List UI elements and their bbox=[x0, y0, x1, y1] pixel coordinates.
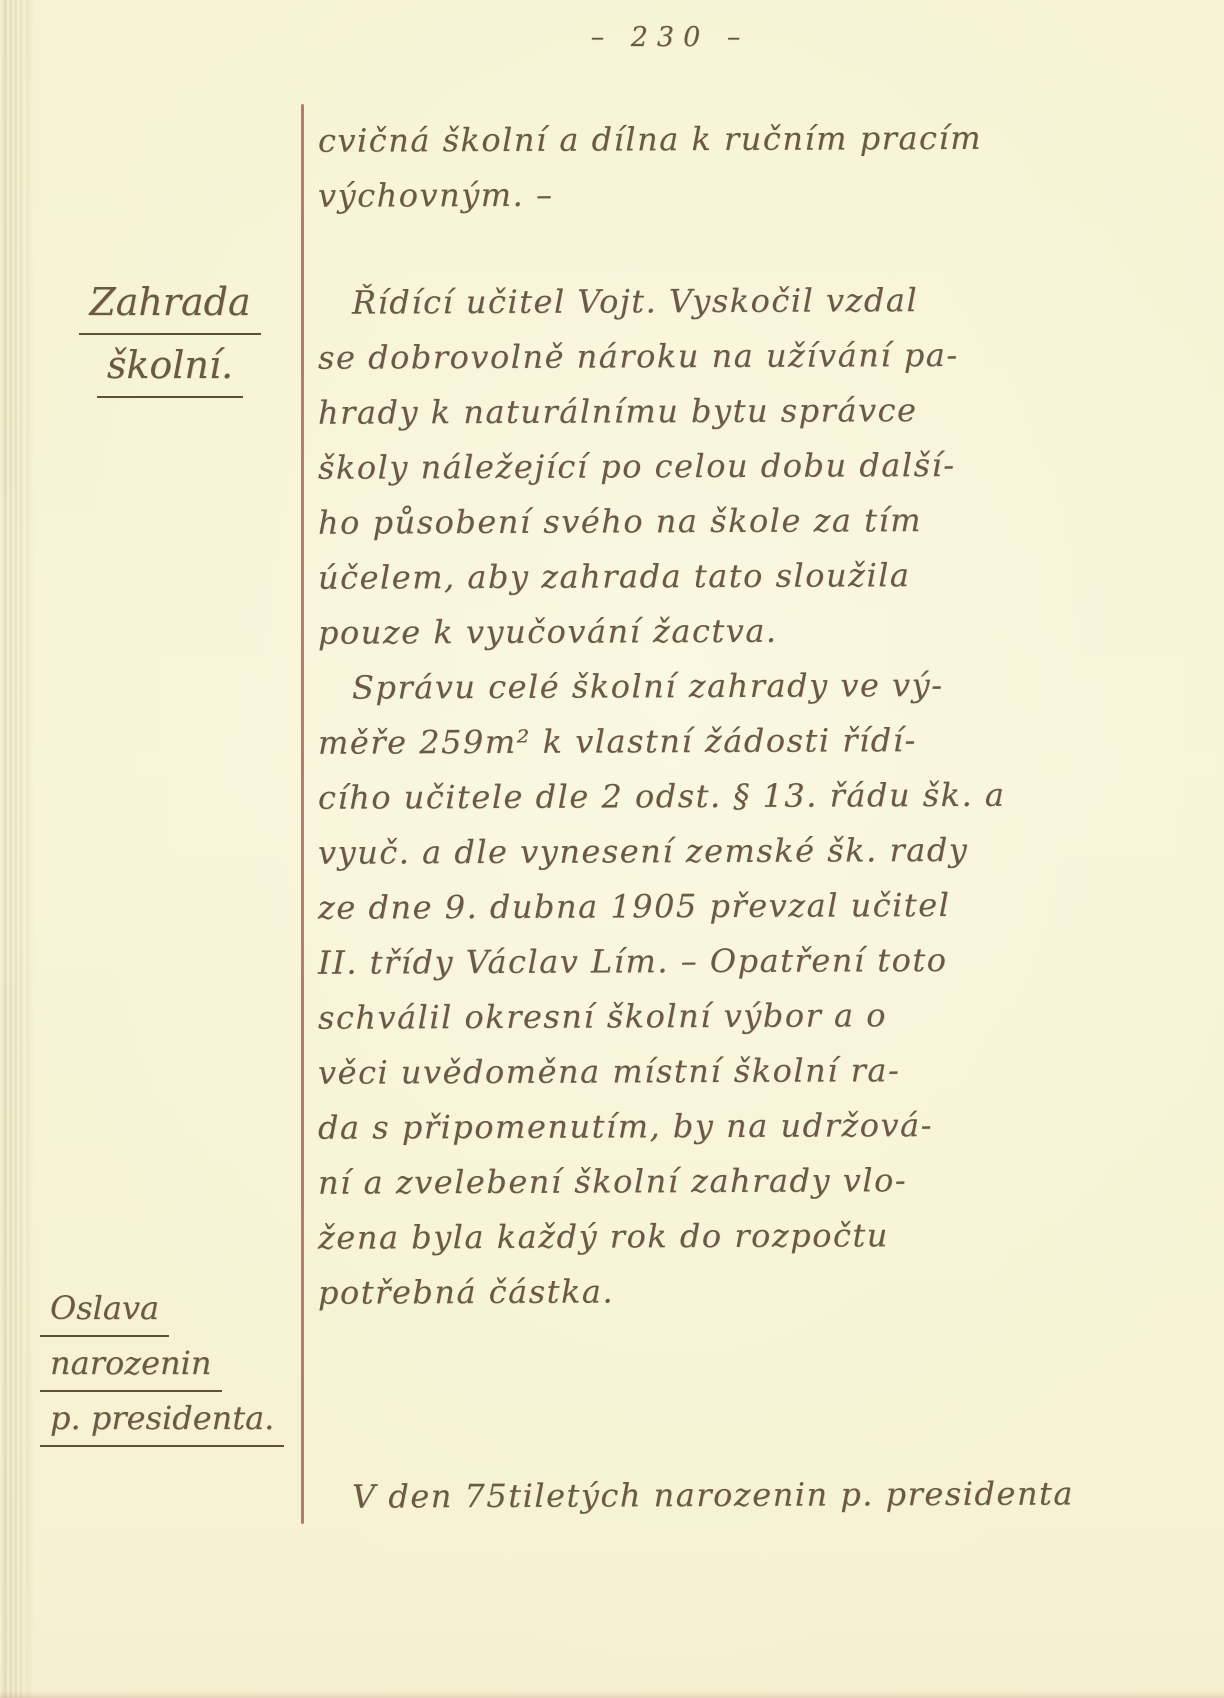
margin-note-line: Oslava bbox=[40, 1282, 300, 1337]
margin-note-text: p. presidenta. bbox=[40, 1392, 284, 1447]
margin-note-line: školní. bbox=[55, 335, 285, 398]
handwritten-line: cvičná školní a dílna k ručním pracím bbox=[318, 110, 1118, 168]
margin-note-celebration: Oslava narozenin p. presidenta. bbox=[40, 1282, 300, 1447]
handwritten-line: věci uvědoměna místní školní ra- bbox=[318, 1042, 1118, 1100]
page-number: – 230 – bbox=[540, 22, 800, 53]
handwritten-line: ho působení svého na škole za tím bbox=[318, 492, 1118, 550]
margin-note-text: Zahrada bbox=[79, 272, 260, 335]
margin-note-line: p. presidenta. bbox=[40, 1392, 300, 1447]
handwritten-line: II. třídy Václav Lím. – Opatření toto bbox=[318, 932, 1118, 990]
page-bottom-edge bbox=[0, 1691, 1224, 1698]
red-margin-rule bbox=[301, 104, 304, 1524]
handwritten-line: hrady k naturálnímu bytu správce bbox=[318, 382, 1118, 440]
paragraph-carryover: cvičná školní a dílna k ručním pracím vý… bbox=[318, 112, 1118, 222]
paragraph-president: V den 75tiletých narozenin p. presidenta bbox=[318, 1468, 1118, 1523]
handwritten-line: da s připomenutím, by na udržová- bbox=[318, 1097, 1118, 1155]
handwritten-line: pouze k vyučování žactva. bbox=[318, 602, 1118, 660]
margin-note-text: Oslava bbox=[40, 1282, 169, 1337]
chronicle-page: – 230 – Zahrada školní. Oslava narozenin… bbox=[0, 0, 1224, 1698]
margin-note-garden: Zahrada školní. bbox=[55, 272, 285, 398]
paragraph-garden: Řídící učitel Vojt. Vyskočil vzdal se do… bbox=[318, 274, 1118, 1319]
handwritten-line: V den 75tiletých narozenin p. presidenta bbox=[318, 1466, 1118, 1524]
handwritten-line: žena byla každý rok do rozpočtu bbox=[318, 1207, 1118, 1265]
handwritten-line: Správu celé školní zahrady ve vý- bbox=[318, 657, 1118, 715]
margin-note-line: Zahrada bbox=[55, 272, 285, 335]
handwritten-line: potřebná částka. bbox=[318, 1262, 1118, 1320]
handwritten-line: ze dne 9. dubna 1905 převzal učitel bbox=[318, 877, 1118, 935]
handwritten-line: vyuč. a dle vynesení zemské šk. rady bbox=[318, 822, 1118, 880]
margin-note-line: narozenin bbox=[40, 1337, 300, 1392]
margin-note-text: školní. bbox=[97, 335, 243, 398]
handwritten-line: měře 259m² k vlastní žádosti řídí- bbox=[318, 712, 1118, 770]
handwritten-line: účelem, aby zahrada tato sloužila bbox=[318, 547, 1118, 605]
book-binding-edge bbox=[0, 0, 34, 1698]
margin-note-text: narozenin bbox=[40, 1337, 222, 1392]
handwritten-line: Řídící učitel Vojt. Vyskočil vzdal bbox=[318, 272, 1118, 330]
handwritten-line: cího učitele dle 2 odst. § 13. řádu šk. … bbox=[318, 767, 1118, 825]
handwritten-line: schválil okresní školní výbor a o bbox=[318, 987, 1118, 1045]
handwritten-line: výchovným. – bbox=[318, 165, 1118, 223]
handwritten-line: se dobrovolně nároku na užívání pa- bbox=[318, 327, 1118, 385]
handwritten-line: ní a zvelebení školní zahrady vlo- bbox=[318, 1152, 1118, 1210]
handwritten-line: školy náležející po celou dobu další- bbox=[318, 437, 1118, 495]
